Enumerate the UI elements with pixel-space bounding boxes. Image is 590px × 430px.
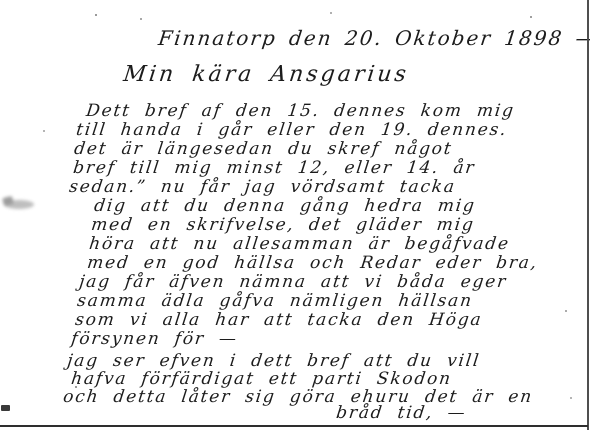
handwritten-line: samma ädla gåfva nämligen hällsan <box>76 291 474 311</box>
handwritten-line: hafva förfärdigat ett parti Skodon <box>70 369 453 389</box>
handwritten-line: försynen för — <box>70 329 239 349</box>
handwritten-line: med en skrifvelse, det gläder mig <box>90 215 476 235</box>
scan-border-right <box>587 0 589 430</box>
handwritten-line: bref till mig minst 12, eller 14. år <box>72 158 477 178</box>
handwritten-line: det är längesedan du skref något <box>73 139 454 159</box>
letter-greeting: Min kära Ansgarius <box>122 62 410 87</box>
handwritten-line: bråd tid, — <box>335 403 468 423</box>
scanned-letter-page: Finnatorp den 20. Oktober 1898 — Min kär… <box>0 0 590 430</box>
letter-dateline: Finnatorp den 20. Oktober 1898 — <box>157 26 590 50</box>
handwritten-line: med en god hällsa och Redar eder bra, <box>86 253 539 273</box>
handwritten-line: jag får äfven nämna att vi båda eger <box>78 272 508 292</box>
ink-smudge <box>1 405 10 411</box>
ink-smudge <box>4 200 34 209</box>
handwritten-line: Dett bref af den 15. dennes kom mig <box>85 101 516 121</box>
handwritten-line: som vi alla har att tacka den Höga <box>74 310 484 330</box>
handwritten-line: höra att nu allesamman är begåfvade <box>88 234 511 254</box>
handwritten-line: jag ser efven i dett bref att du vill <box>66 351 481 371</box>
handwritten-line: dig att du denna gång hedra mig <box>93 196 477 216</box>
scan-dust-specks <box>95 14 97 16</box>
handwritten-line: till handa i går eller den 19. dennes. <box>75 120 509 140</box>
scan-border-bottom <box>0 425 588 427</box>
handwritten-line: sedan.” nu får jag vördsamt tacka <box>68 177 457 197</box>
